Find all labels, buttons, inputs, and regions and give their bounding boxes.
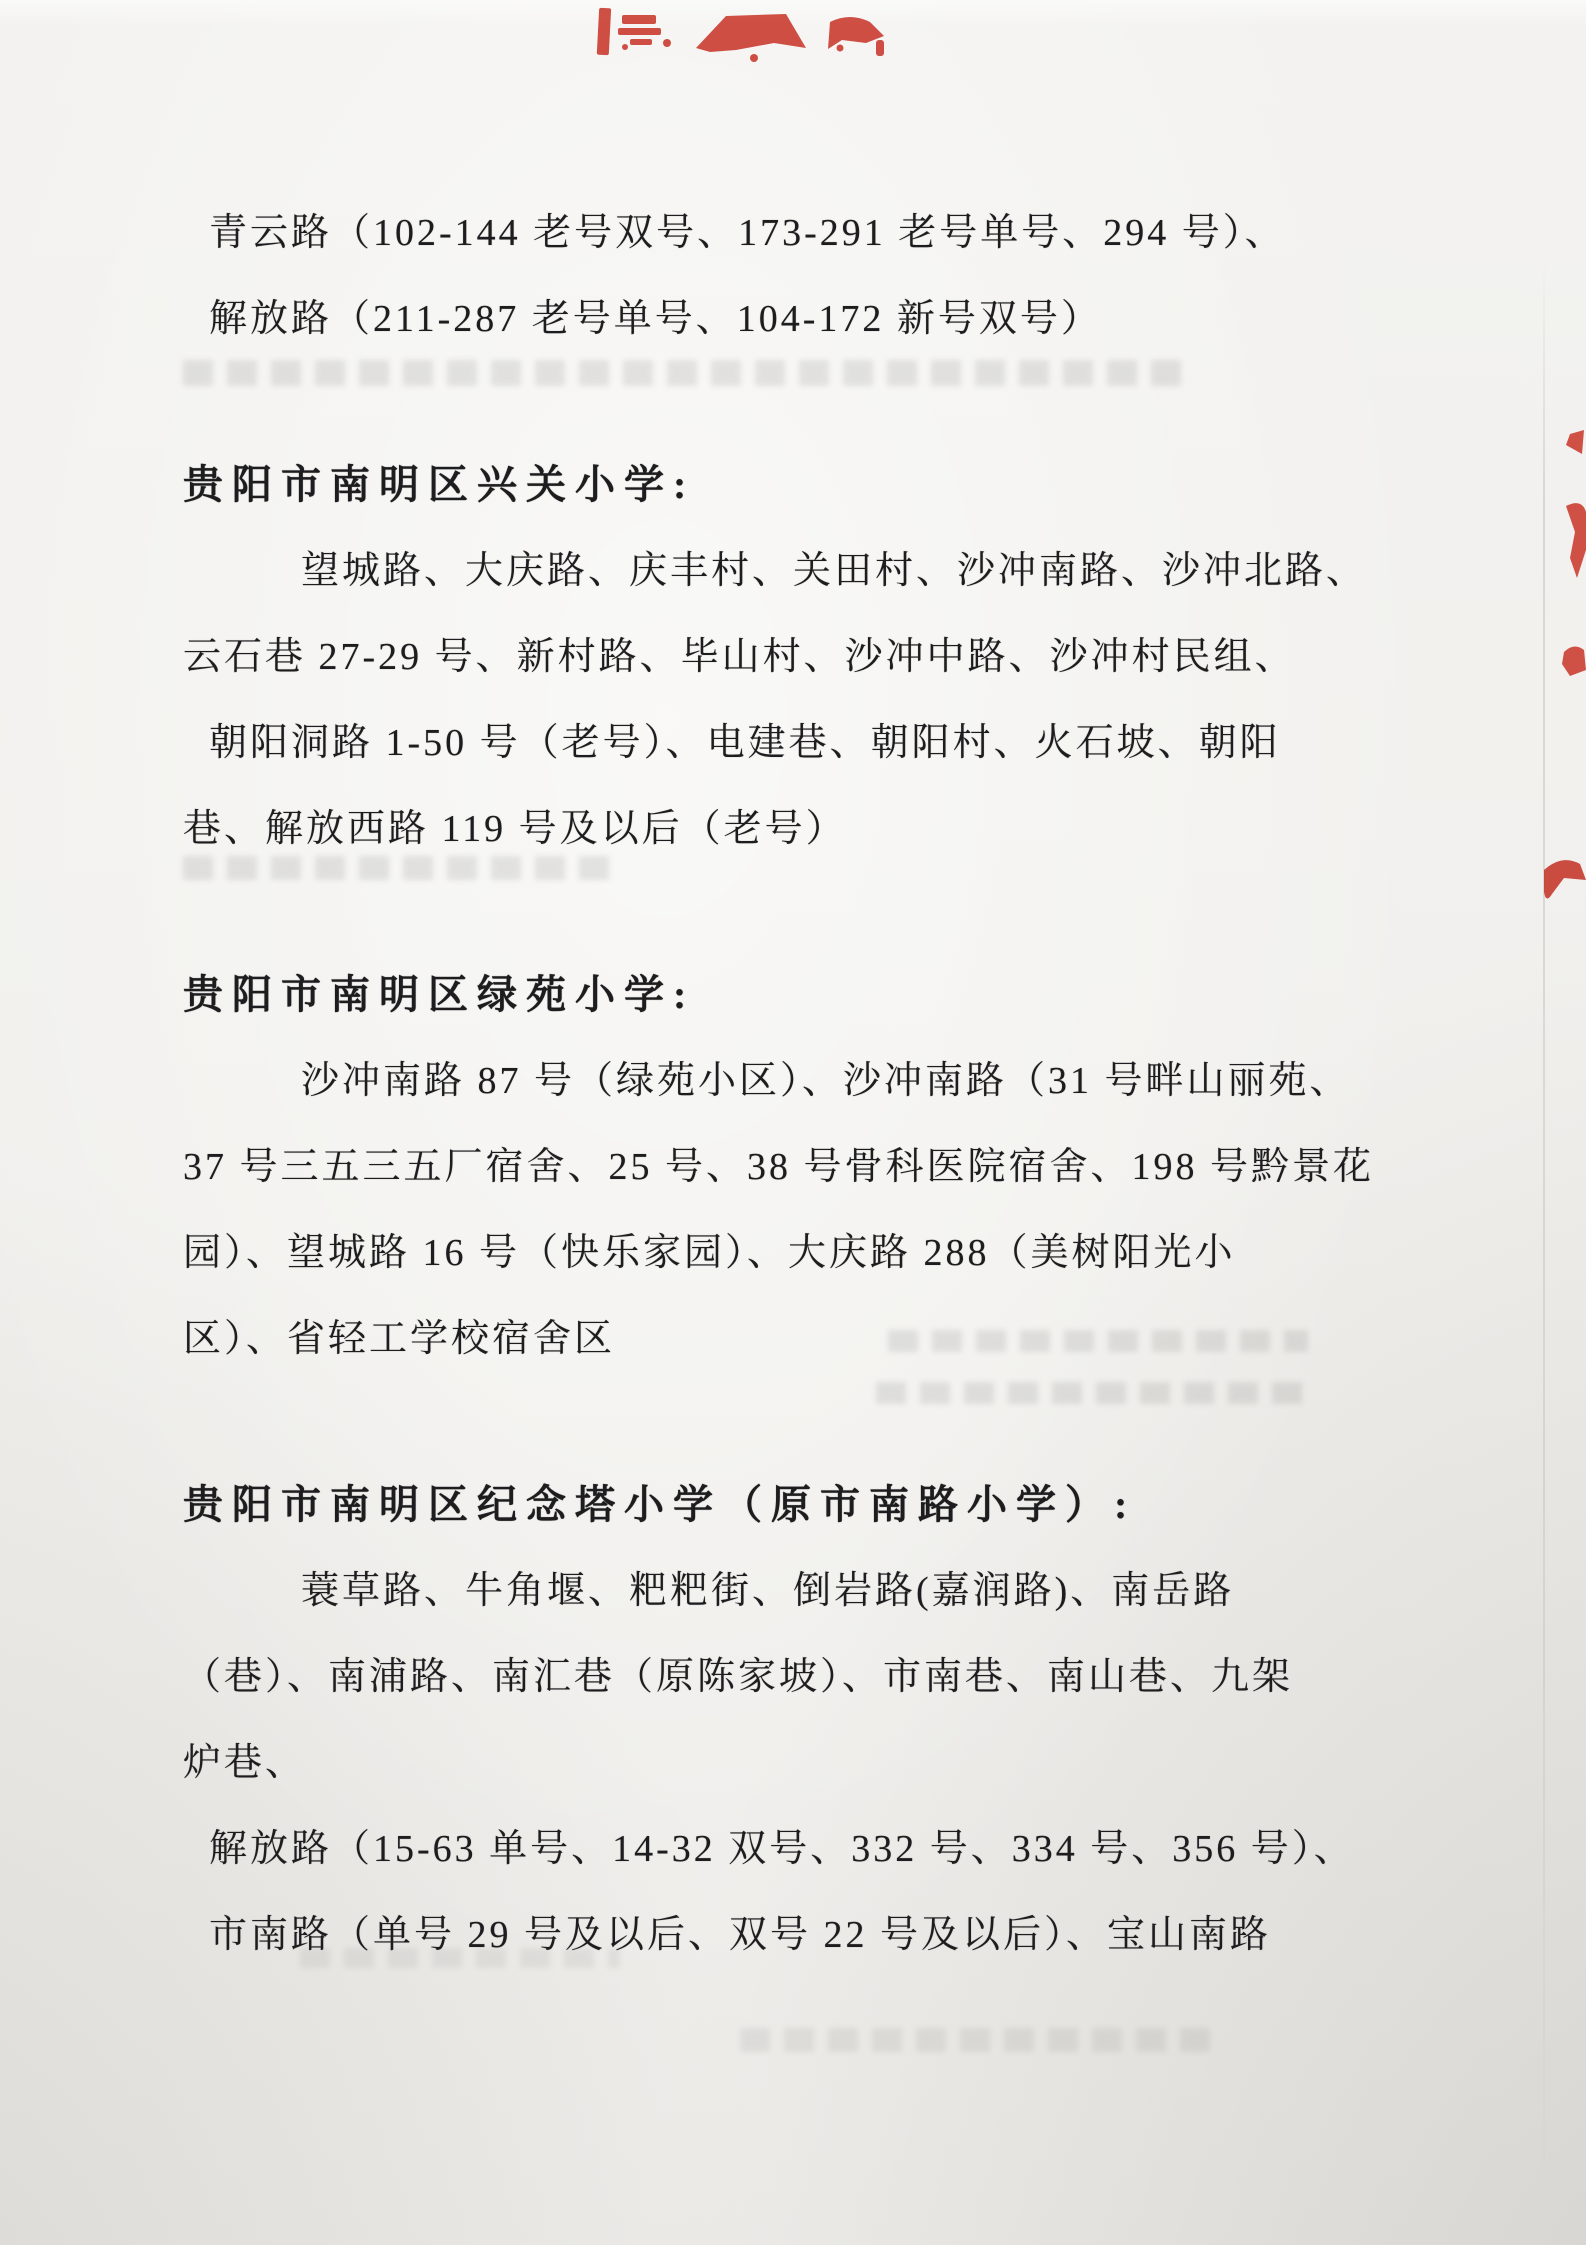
red-stamp-fragment-top [578, 0, 898, 66]
text-line: 望城路、大庆路、庆丰村、关田村、沙冲南路、沙冲北路、 [183, 528, 1433, 614]
text-line: （巷）、南浦路、南汇巷（原陈家坡）、市南巷、南山巷、九架 [183, 1634, 1433, 1720]
text-line: 区）、省轻工学校宿舍区 [183, 1296, 1433, 1382]
section-heading-xingguan-school: 贵阳市南明区兴关小学: [183, 442, 1433, 528]
section-heading-jinianta-school: 贵阳市南明区纪念塔小学（原市南路小学）: [183, 1462, 1433, 1548]
text-line: 朝阳洞路 1-50 号（老号）、电建巷、朝阳村、火石坡、朝阳 [183, 700, 1433, 786]
text-line: 炉巷、 [183, 1720, 1433, 1806]
scanned-document-page: 青云路（102-144 老号双号、173-291 老号单号、294 号）、 解放… [0, 0, 1586, 2245]
text-line: 青云路（102-144 老号双号、173-291 老号单号、294 号）、 [183, 190, 1433, 276]
paper-crease-line [1543, 260, 1545, 2245]
text-line: 沙冲南路 87 号（绿苑小区）、沙冲南路（31 号畔山丽苑、 [183, 1038, 1433, 1124]
text-line: 蓑草路、牛角堰、粑粑街、倒岩路(嘉润路)、南岳路 [183, 1548, 1433, 1634]
text-line: 37 号三五三五厂宿舍、25 号、38 号骨科医院宿舍、198 号黔景花 [183, 1124, 1433, 1210]
red-stamp-fragment-right [1550, 430, 1586, 690]
document-content: 青云路（102-144 老号双号、173-291 老号单号、294 号）、 解放… [183, 190, 1433, 1978]
text-line: 巷、解放西路 119 号及以后（老号） [183, 786, 1433, 872]
red-stamp-fragment-right-lower [1538, 846, 1586, 910]
section-heading-lvyuan-school: 贵阳市南明区绿苑小学: [183, 952, 1433, 1038]
text-line: 园）、望城路 16 号（快乐家园）、大庆路 288（美树阳光小 [183, 1210, 1433, 1296]
text-line: 云石巷 27-29 号、新村路、毕山村、沙冲中路、沙冲村民组、 [183, 614, 1433, 700]
text-line: 解放路（15-63 单号、14-32 双号、332 号、334 号、356 号）… [183, 1806, 1433, 1892]
bleed-through-artifact [740, 2028, 1210, 2052]
text-line: 市南路（单号 29 号及以后、双号 22 号及以后）、宝山南路 [183, 1892, 1433, 1978]
text-line: 解放路（211-287 老号单号、104-172 新号双号） [183, 276, 1433, 362]
